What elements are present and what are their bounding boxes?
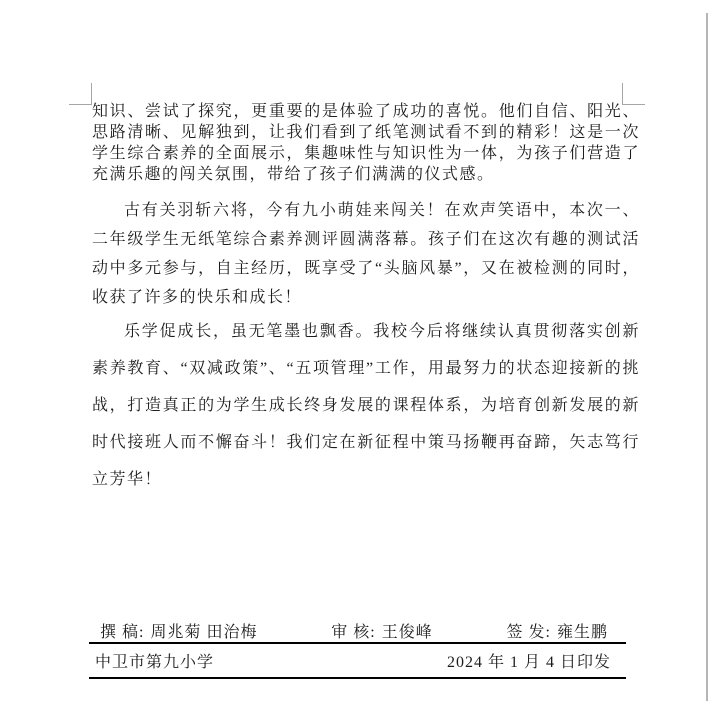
drafter-label: 撰 稿: (100, 624, 144, 641)
page-right-edge (706, 13, 708, 701)
issuer: 签 发:雍生鹏 (507, 619, 608, 642)
signatory-row: 撰 稿:周兆菊 田治梅 审 核:王俊峰 签 发:雍生鹏 (89, 615, 626, 642)
paragraph-1: 知识、尝试了探究，更重要的是体验了成功的喜悦。他们自信、阳光、思路清晰、见解独到… (92, 101, 640, 185)
school-name: 中卫市第九小学 (95, 649, 214, 672)
reviewer-name: 王俊峰 (382, 624, 433, 641)
document-footer: 撰 稿:周兆菊 田治梅 审 核:王俊峰 签 发:雍生鹏 中卫市第九小学 2024… (89, 615, 626, 679)
drafter: 撰 稿:周兆菊 田治梅 (100, 619, 257, 642)
margin-crop-mark-top-left (69, 83, 92, 105)
reviewer: 审 核:王俊峰 (331, 619, 432, 642)
document-page: 知识、尝试了探究，更重要的是体验了成功的喜悦。他们自信、阳光、思路清晰、见解独到… (0, 0, 711, 701)
drafter-names: 周兆菊 田治梅 (150, 624, 257, 641)
paragraph-3: 乐学促成长，虽无笔墨也飘香。我校今后将继续认真贯彻落实创新素养教育、“双减政策”… (92, 313, 640, 498)
imprint-row: 中卫市第九小学 2024 年 1 月 4 日印发 (89, 644, 626, 677)
issuer-name: 雍生鹏 (557, 624, 608, 641)
issuer-label: 签 发: (507, 624, 551, 641)
issue-date: 2024 年 1 月 4 日印发 (447, 649, 611, 672)
paragraph-2: 古有关羽斩六将，今有九小萌娃来闯关！在欢声笑语中，本次一、二年级学生无纸笔综合素… (92, 196, 640, 312)
reviewer-label: 审 核: (331, 624, 375, 641)
footer-rule-bottom (89, 677, 626, 679)
